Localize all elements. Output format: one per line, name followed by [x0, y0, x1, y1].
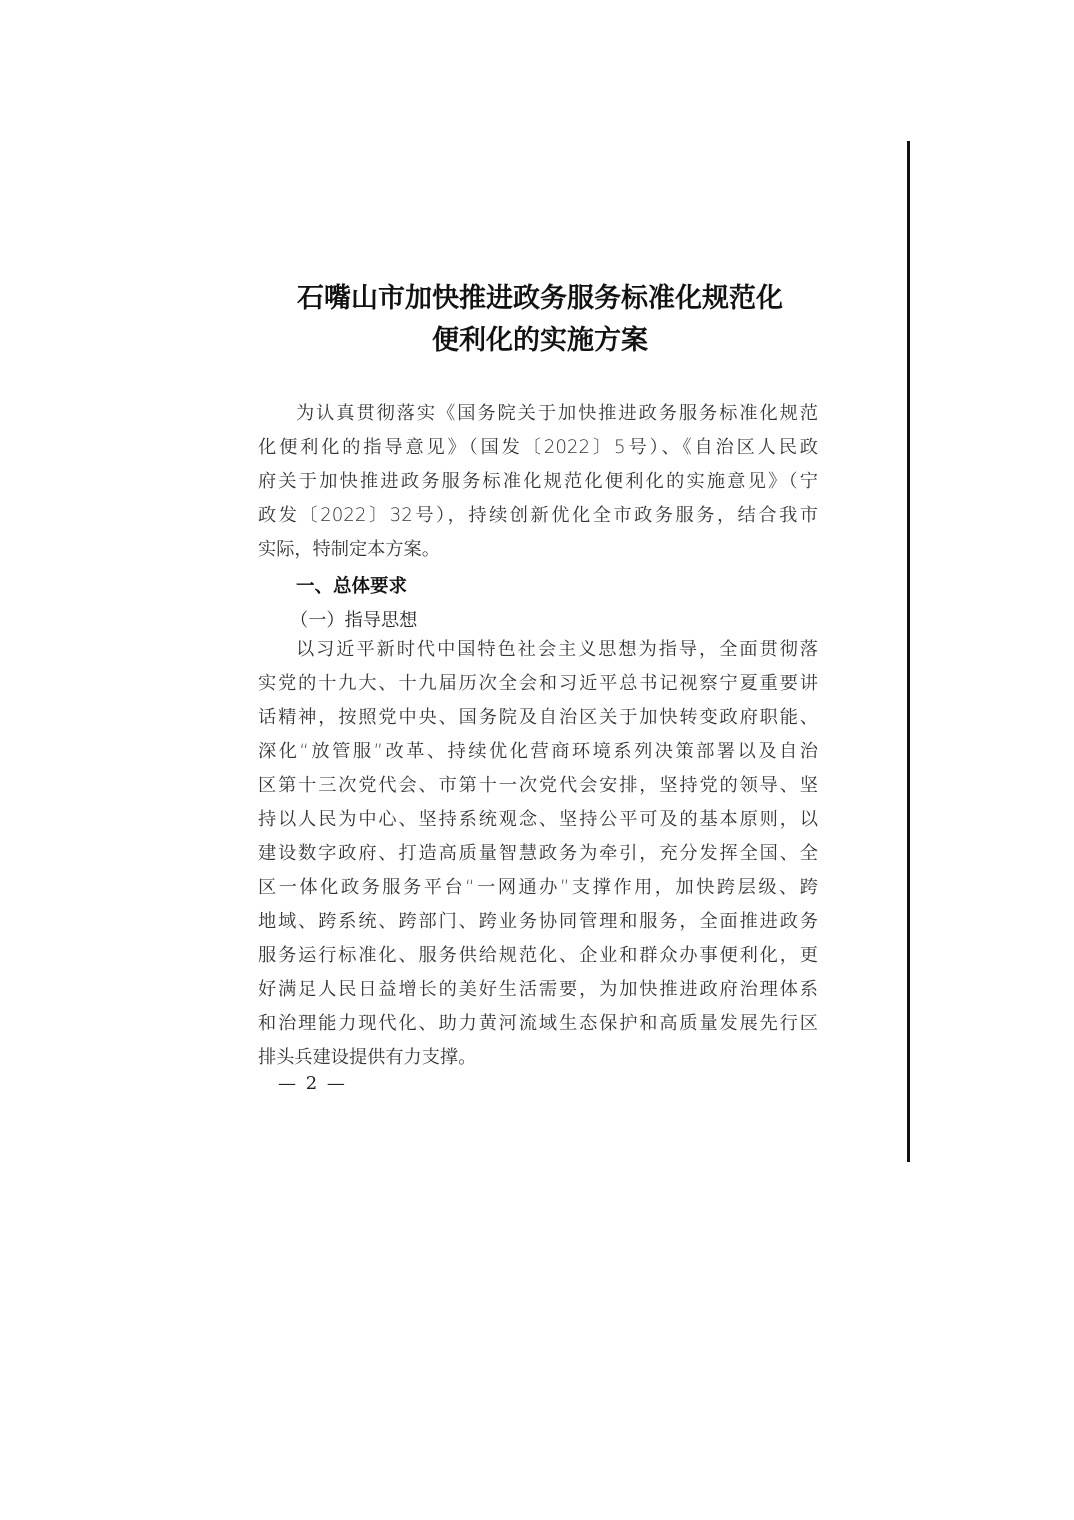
intro-line-4: 政发〔2022〕32号），持续创新优化全市政务服务，结合我市	[258, 499, 818, 533]
subsection-heading: （一）指导思想	[290, 606, 417, 632]
body-line-10: 服务运行标准化、服务供给规范化、企业和群众办事便利化，更	[258, 939, 818, 973]
body-line-4: 深化“放管服”改革、持续优化营商环境系列决策部署以及自治	[258, 735, 818, 769]
document-title-line-1: 石嘴山市加快推进政务服务标准化规范化	[250, 276, 830, 315]
body-line-7: 建设数字政府、打造高质量智慧政务为牵引，充分发挥全国、全	[258, 837, 818, 871]
body-line-5: 区第十三次党代会、市第十一次党代会安排，坚持党的领导、坚	[258, 769, 818, 803]
intro-line-2: 化便利化的指导意见》（国发〔2022〕5号）、《自治区人民政	[258, 431, 818, 465]
intro-line-1: 为认真贯彻落实《国务院关于加快推进政务服务标准化规范	[258, 397, 818, 431]
body-line-1: 以习近平新时代中国特色社会主义思想为指导，全面贯彻落	[258, 633, 818, 667]
body-line-11: 好满足人民日益增长的美好生活需要，为加快推进政府治理体系	[258, 973, 818, 1007]
page-edge-line	[907, 141, 910, 1162]
body-line-12: 和治理能力现代化、助力黄河流域生态保护和高质量发展先行区	[258, 1007, 818, 1041]
body-line-9: 地域、跨系统、跨部门、跨业务协同管理和服务，全面推进政务	[258, 905, 818, 939]
body-line-6: 持以人民为中心、坚持系统观念、坚持公平可及的基本原则，以	[258, 803, 818, 837]
body-line-13: 排头兵建设提供有力支撑。	[258, 1041, 818, 1075]
body-line-2: 实党的十九大、十九届历次全会和习近平总书记视察宁夏重要讲	[258, 667, 818, 701]
body-line-8: 区一体化政务服务平台“一网通办”支撑作用，加快跨层级、跨	[258, 871, 818, 905]
document-title-line-2: 便利化的实施方案	[250, 318, 830, 357]
intro-line-3: 府关于加快推进政务服务标准化规范化便利化的实施意见》（宁	[258, 465, 818, 499]
page-number: — 2 —	[278, 1073, 347, 1094]
intro-line-5: 实际，特制定本方案。	[258, 533, 818, 567]
section-heading: 一、总体要求	[296, 572, 407, 598]
body-line-3: 话精神，按照党中央、国务院及自治区关于加快转变政府职能、	[258, 701, 818, 735]
